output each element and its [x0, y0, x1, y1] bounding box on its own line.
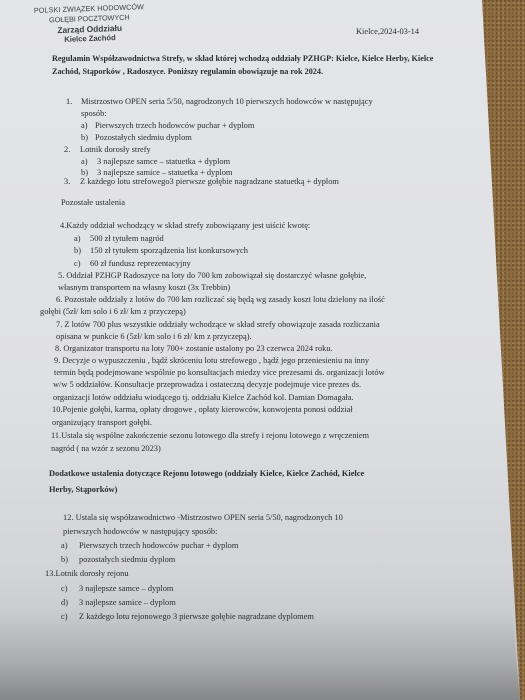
- document-title: Regulamin Współzawodnictwa Strefy, w skł…: [52, 52, 462, 78]
- p6-line2: gołębi (5zł/ km solo i 6 zł/ km z przycz…: [40, 306, 186, 318]
- p10-line2: organizujący transport gołębi.: [52, 417, 152, 429]
- p13e-label: c): [61, 611, 68, 623]
- p9-line2: termin będą podejmowane wspólnie po kons…: [54, 367, 385, 379]
- item-1-cont: sposób:: [81, 108, 107, 120]
- p12-line1: 12. Ustala się współzawodnictwo -Mistrzo…: [63, 512, 343, 524]
- item-1a-label: a): [81, 120, 88, 132]
- document-date: Kielce,2024-03-14: [356, 27, 419, 36]
- item-1b-label: b): [81, 132, 88, 144]
- p7-line1: 7. Z lotów 700 plus wszystkie oddziały w…: [56, 319, 380, 331]
- other-heading: Pozostałe ustalenia: [61, 197, 125, 209]
- p12b-text: pozostałych siedmiu dyplom: [79, 554, 175, 566]
- item-1b-text: Pozostałych siedmiu dyplom: [95, 132, 192, 144]
- p12-line2: pierwszych hodowców w następujący sposób…: [63, 526, 217, 538]
- document: POLSKI ZWIĄZEK HODOWCÓW GOŁĘBI POCZTOWYC…: [0, 0, 525, 700]
- region-heading-line2: Herby, Stąporków): [49, 484, 117, 496]
- item-4a-text: 500 zł tytułem nagród: [90, 233, 164, 245]
- item-4a-label: a): [74, 233, 81, 245]
- item-4b-label: b): [74, 245, 81, 257]
- item-4b-text: 150 zł tytułem sporządzenia list konkurs…: [90, 245, 248, 257]
- item-4-text: 4.Każdy oddział wchodzący w skład strefy…: [60, 220, 310, 232]
- item-1-num: 1.: [66, 96, 72, 108]
- p10-line1: 10.Pojenie gołębi, karma, opłaty drogowe…: [52, 404, 353, 416]
- item-1-text: Mistrzostwo OPEN seria 5/50, nagrodzonyc…: [81, 96, 373, 108]
- item-2-num: 2.: [64, 144, 70, 156]
- p13c-text: 3 najlepsze samce – dyplom: [79, 583, 173, 595]
- p6-line1: 6. Pozostałe oddziały z lotów do 700 km …: [56, 294, 385, 306]
- item-3-text: Z każdego lotu strefowego3 pierwsze gołę…: [80, 176, 339, 188]
- p8-line1: 8. Organizator transportu na loty 700+ z…: [55, 343, 333, 355]
- organization-stamp: POLSKI ZWIĄZEK HODOWCÓW GOŁĘBI POCZTOWYC…: [31, 2, 147, 46]
- p12b-label: b): [61, 554, 68, 566]
- region-heading-line1: Dodatkowe ustalenia dotyczące Rejonu lot…: [49, 468, 364, 480]
- item-1a-text: Pierwszych trzech hodowców puchar + dypl…: [95, 120, 254, 132]
- p11-line1: 11.Ustala się wspólne zakończenie sezonu…: [51, 430, 369, 442]
- p13-text: 13.Lotnik dorosły rejonu: [45, 568, 129, 580]
- item-2-text: Lotnik dorosły strefy: [80, 144, 151, 156]
- p5-line1: 5. Oddział PZHGP Radoszyce na loty do 70…: [58, 270, 366, 282]
- p12a-label: a): [61, 540, 68, 552]
- item-4c-label: c): [74, 258, 81, 270]
- p13d-text: 3 najlepsze samice – dyplom: [79, 597, 176, 609]
- p13c-label: c): [61, 583, 68, 595]
- p7-line2: opisana w punkcie 6 (5zł/ km solo i 6 zł…: [56, 331, 252, 343]
- p9-line1: 9. Decyzje o wypuszczeniu , bądź skrócen…: [54, 355, 369, 367]
- p5-line2: własnym transportem na własny koszt (3x …: [58, 282, 230, 294]
- p9-line3: w/w 5 oddziałów. Konsultacje przeprowadz…: [53, 379, 361, 391]
- p11-line2: nagród ( na wzór z sezonu 2023): [51, 443, 161, 455]
- item-4c-text: 60 zł fundusz reprezentacyjny: [90, 258, 191, 270]
- p12a-text: Pierwszych trzech hodowców puchar + dypl…: [79, 540, 238, 552]
- p13e-text: Z każdego lotu rejonowego 3 pierwsze goł…: [79, 611, 314, 623]
- p9-line4: organizacji lotów oddziału wiodącego tj.…: [53, 392, 354, 404]
- item-3-num: 3.: [64, 176, 70, 188]
- p13d-label: d): [61, 597, 68, 609]
